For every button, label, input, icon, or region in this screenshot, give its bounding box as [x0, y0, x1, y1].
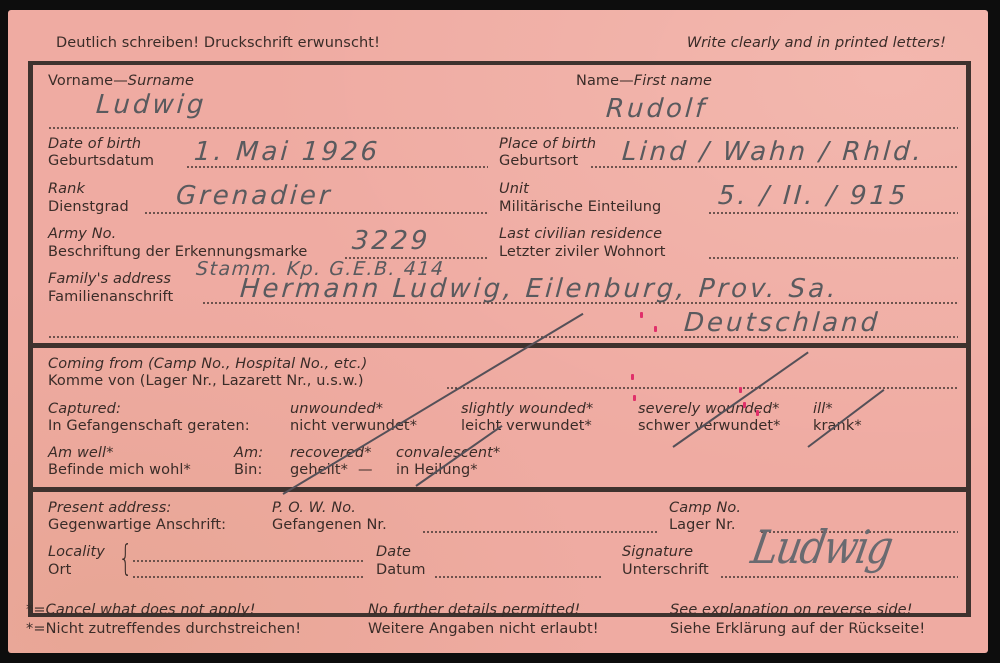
locality-field-1[interactable]: [132, 560, 364, 562]
footer-cancel-en: *=Cancel what does not apply!: [26, 602, 256, 618]
date-label-de: Datum: [376, 562, 426, 578]
am-label-de: Bin:: [234, 462, 262, 478]
camp-no-label-en: Camp No.: [669, 500, 741, 516]
stamp-mark: [631, 374, 634, 380]
stamp-mark: [654, 326, 657, 332]
stamp-mark: [633, 395, 636, 401]
footer-nofurther-en: No further details permitted!: [368, 602, 580, 618]
surname-label: Vorname—Surname: [48, 73, 194, 89]
pob-value[interactable]: Lind / Wahn / Rhld.: [621, 137, 925, 167]
rank-label-de: Dienstgrad: [48, 199, 129, 215]
pob-label-en: Place of birth: [499, 136, 596, 152]
surname-value[interactable]: Ludwig: [95, 90, 208, 120]
residence-label-de: Letzter ziviler Wohnort: [499, 244, 666, 260]
army-no-value[interactable]: 3229: [351, 226, 431, 256]
army-no-label-en: Army No.: [48, 226, 116, 242]
residence-label-en: Last civilian residence: [499, 226, 662, 242]
coming-from-label-de: Komme von (Lager Nr., Lazarett Nr., u.s.…: [48, 373, 364, 389]
rank-line: [144, 212, 488, 214]
unit-label-de: Militärische Einteilung: [499, 199, 661, 215]
well-label-de[interactable]: Befinde mich wohl*: [48, 462, 191, 478]
pow-no-label-en: P. O. W. No.: [272, 500, 356, 516]
locality-field-2[interactable]: [132, 576, 364, 578]
coming-from-line: [446, 387, 958, 389]
header-instruction-en: Write clearly and in printed letters!: [687, 35, 946, 51]
option-slightly-wounded-de[interactable]: leicht verwundet*: [461, 418, 592, 434]
option-ill-en[interactable]: ill*: [813, 401, 833, 417]
header-instruction-de: Deutlich schreiben! Druckschrift erwunsc…: [56, 35, 380, 51]
locality-label-de: Ort: [48, 562, 71, 578]
pow-no-field[interactable]: [422, 531, 658, 533]
well-label-en[interactable]: Am well*: [48, 445, 114, 461]
family-value-line2[interactable]: Deutschland: [683, 308, 881, 338]
family-value-line1[interactable]: Hermann Ludwig, Eilenburg, Prov. Sa.: [239, 274, 840, 304]
option-slightly-wounded-en[interactable]: slightly wounded*: [461, 401, 593, 417]
footer-reverse-de: Siehe Erklärung auf der Rückseite!: [670, 621, 925, 637]
option-unwounded-en[interactable]: unwounded*: [290, 401, 383, 417]
convalescent-en[interactable]: convalescent*: [396, 445, 500, 461]
unit-line: [708, 212, 958, 214]
coming-from-label-en: Coming from (Camp No., Hospital No., etc…: [48, 356, 367, 372]
dob-value[interactable]: 1. Mai 1926: [193, 137, 381, 167]
family-label-de: Familienanschrift: [48, 289, 173, 305]
date-field[interactable]: [434, 576, 602, 578]
pow-capture-card: Deutlich schreiben! Druckschrift erwunsc…: [8, 10, 988, 653]
section-divider-2: [30, 487, 967, 492]
rank-label-en: Rank: [48, 181, 85, 197]
footer-reverse-en: See explanation on reverse side!: [670, 602, 913, 618]
residence-line: [708, 257, 958, 259]
captured-label-de: In Gefangenschaft geraten:: [48, 418, 250, 434]
captured-label-en: Captured:: [48, 401, 121, 417]
dash-separator: —: [358, 462, 373, 478]
locality-brace: {: [119, 539, 133, 579]
am-label-en: Am:: [234, 445, 263, 461]
firstname-value[interactable]: Rudolf: [605, 94, 708, 124]
stamp-mark: [640, 312, 643, 318]
family-label-en: Family's address: [48, 271, 171, 287]
signature-label-de: Unterschrift: [622, 562, 709, 578]
signature-label-en: Signature: [622, 544, 693, 560]
locality-label-en: Locality: [48, 544, 105, 560]
footer-nofurther-de: Weitere Angaben nicht erlaubt!: [368, 621, 599, 637]
dob-label-de: Geburtsdatum: [48, 153, 154, 169]
signature-line: [720, 576, 958, 578]
dob-label-en: Date of birth: [48, 136, 141, 152]
pob-label-de: Geburtsort: [499, 153, 578, 169]
signature-value[interactable]: Ludwig: [747, 522, 895, 575]
rank-value[interactable]: Grenadier: [175, 181, 334, 211]
date-label-en: Date: [376, 544, 411, 560]
present-address-label-de: Gegenwartige Anschrift:: [48, 517, 226, 533]
section-divider-1: [30, 343, 967, 348]
camp-no-label-de: Lager Nr.: [669, 517, 736, 533]
footer-cancel-de: *=Nicht zutreffendes durchstreichen!: [26, 621, 301, 637]
pow-no-label-de: Gefangenen Nr.: [272, 517, 387, 533]
stamp-mark: [739, 387, 742, 393]
stamp-mark: [743, 402, 746, 408]
unit-value[interactable]: 5. / II. / 915: [717, 181, 910, 211]
firstname-label: Name—First name: [576, 73, 712, 89]
stamp-mark: [756, 410, 759, 416]
unit-label-en: Unit: [499, 181, 529, 197]
surname-line: [48, 127, 958, 129]
present-address-label-en: Present address:: [48, 500, 171, 516]
